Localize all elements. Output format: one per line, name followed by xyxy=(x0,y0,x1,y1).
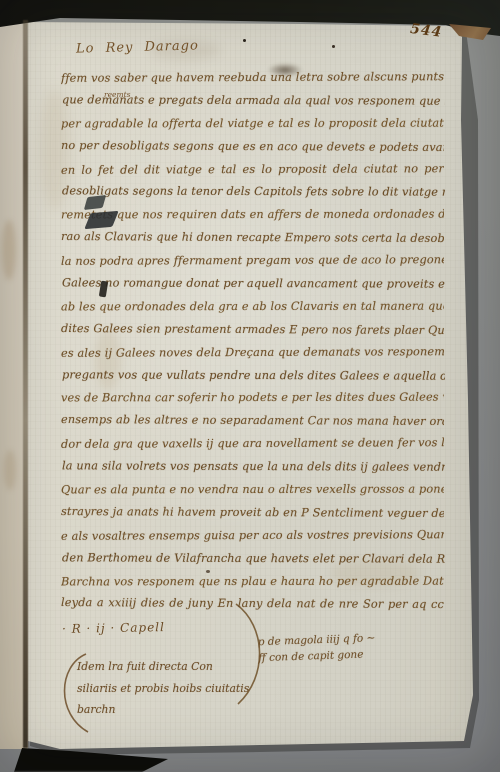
body-line: dites Galees sien prestament armades E p… xyxy=(61,318,444,343)
ink-dot xyxy=(332,45,335,48)
body-line: es ales ij Galees noves dela Dreçana que… xyxy=(61,341,444,366)
ink-layer: 544 Lo Rey Darago reemts ffem vos saber … xyxy=(0,0,500,772)
body-line: no per desobligats segons que es en aco … xyxy=(61,135,444,160)
manuscript-photo: 544 Lo Rey Darago reemts ffem vos saber … xyxy=(0,0,500,772)
body-line: en lo fet del dit viatge e tal es lo pro… xyxy=(61,158,444,183)
body-line: ves de Barchna car soferir ho podets e p… xyxy=(61,387,444,411)
body-line: ensemps ab les altres e no separadament … xyxy=(61,409,444,434)
letter-heading: Lo Rey Darago xyxy=(76,38,199,56)
body-line: den Berthomeu de Vilafrancha que havets … xyxy=(62,547,445,571)
body-line: Galees no romangue donat per aquell avan… xyxy=(62,272,445,296)
ink-dot xyxy=(206,570,210,573)
ink-smudge xyxy=(267,63,303,77)
body-line: Quar es ala punta e no vendra nau o altr… xyxy=(61,479,444,503)
body-line: ffem vos saber que havem reebuda una let… xyxy=(61,66,444,91)
body-line: strayres ja anats hi havem proveit ab en… xyxy=(61,501,444,526)
ink-dot xyxy=(243,39,246,42)
body-line: la nos podra apres ffermament pregam vos… xyxy=(61,249,444,274)
marginal-note-line: barchn xyxy=(77,699,252,721)
body-line: Barchna vos responem que ns plau e haura… xyxy=(61,570,444,594)
body-line: e als vosaltres ensemps guisa per aco al… xyxy=(61,524,444,549)
registration-mark: · R · ij · Capell xyxy=(62,620,165,636)
body-line: que demanats e pregats dela armada ala q… xyxy=(62,89,445,113)
chancery-note: p de magola iiij q fo ~ff con de capit g… xyxy=(257,628,443,666)
body-line: per agradable la offerta del viatge e ta… xyxy=(61,112,444,136)
body-line: la una sila volrets vos pensats que la u… xyxy=(62,455,445,479)
body-line: dor dela gra que vaxells ij que ara nove… xyxy=(61,432,444,457)
body-line: remetets que nos requiren dats en affers… xyxy=(61,204,444,228)
folio-number: 544 xyxy=(409,21,461,43)
marginal-note-line: siliariis et probis hoibs ciuitatis xyxy=(77,678,252,700)
marginal-note-line: Idem lra fuit directa Con xyxy=(77,656,252,678)
body-line: pregants vos que vullats pendre una dels… xyxy=(62,364,445,388)
body-line: ab les que ordonades dela gra e ab los C… xyxy=(61,296,444,320)
body-line: desobligats segons la tenor dels Capitol… xyxy=(62,181,445,205)
body-line: rao als Clavaris que hi donen recapte Em… xyxy=(61,226,444,251)
letter-body: ffem vos saber que havem reebuda una let… xyxy=(61,67,444,616)
marginal-note: Idem lra fuit directa Consiliariis et pr… xyxy=(77,656,252,721)
